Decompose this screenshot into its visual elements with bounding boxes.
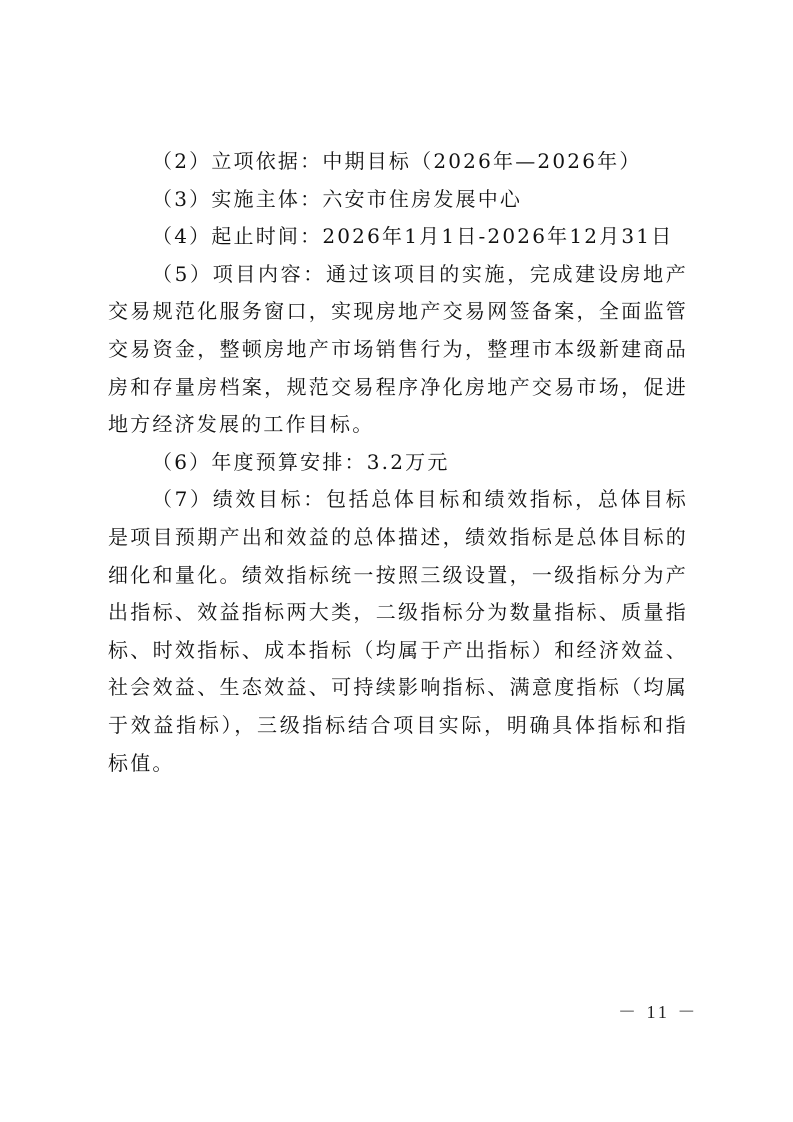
paragraph-annual-budget: （6）年度预算安排：3.2万元 bbox=[108, 444, 688, 482]
document-body: （2）立项依据：中期目标（2026年—2026年） （3）实施主体：六安市住房发… bbox=[108, 143, 688, 782]
paragraph-time-period: （4）起止时间：2026年1月1日-2026年12月31日 bbox=[108, 218, 688, 256]
paragraph-project-content: （5）项目内容：通过该项目的实施，完成建设房地产交易规范化服务窗口，实现房地产交… bbox=[108, 256, 688, 444]
paragraph-performance-goals: （7）绩效目标：包括总体目标和绩效指标，总体目标是项目预期产出和效益的总体描述，… bbox=[108, 481, 688, 782]
page-number: － 11 － bbox=[618, 998, 698, 1024]
paragraph-project-basis: （2）立项依据：中期目标（2026年—2026年） bbox=[108, 143, 688, 181]
paragraph-implementing-entity: （3）实施主体：六安市住房发展中心 bbox=[108, 181, 688, 219]
